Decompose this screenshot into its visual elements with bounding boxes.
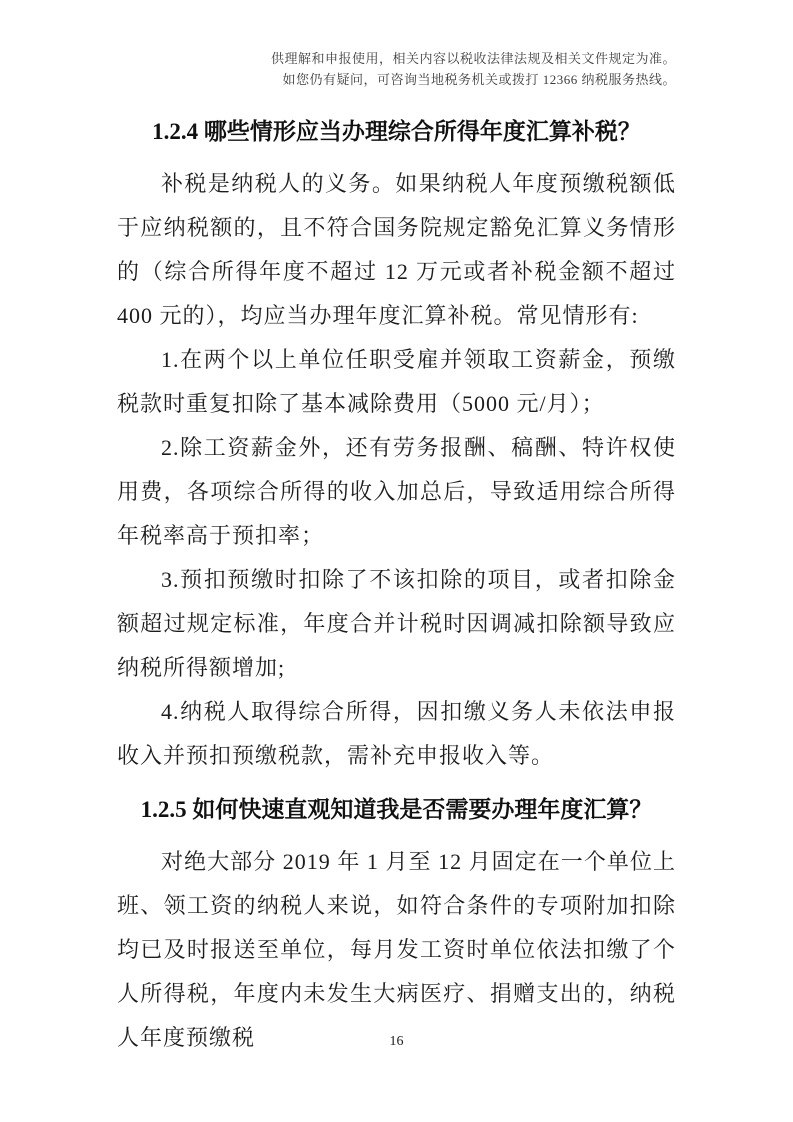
paragraph-case-3: 3.预扣预缴时扣除了不该扣除的项目，或者扣除金额超过规定标准，年度合并计税时因调… bbox=[117, 558, 676, 690]
paragraph-quick-check: 对绝大部分 2019 年 1 月至 12 月固定在一个单位上班、领工资的纳税人来… bbox=[117, 840, 676, 1060]
section-heading-1-2-5: 1.2.5 如何快速直观知道我是否需要办理年度汇算？ bbox=[117, 794, 676, 826]
paragraph-case-1: 1.在两个以上单位任职受雇并领取工资薪金，预缴税款时重复扣除了基本减除费用（50… bbox=[117, 338, 676, 426]
header-disclaimer-line-2: 如您仍有疑问，可咨询当地税务机关或拨打 12366 纳税服务热线。 bbox=[117, 69, 676, 90]
page-header-disclaimer: 供理解和申报使用，相关内容以税收法律法规及相关文件规定为准。 如您仍有疑问，可咨… bbox=[117, 48, 676, 90]
paragraph-case-4: 4.纳税人取得综合所得，因扣缴义务人未依法申报收入并预扣预缴税款，需补充申报收入… bbox=[117, 690, 676, 778]
header-disclaimer-line-1: 供理解和申报使用，相关内容以税收法律法规及相关文件规定为准。 bbox=[117, 48, 676, 69]
document-page: 供理解和申报使用，相关内容以税收法律法规及相关文件规定为准。 如您仍有疑问，可咨… bbox=[0, 0, 793, 1122]
page-number: 16 bbox=[0, 1034, 793, 1050]
paragraph-intro-supplementary-tax: 补税是纳税人的义务。如果纳税人年度预缴税额低于应纳税额的，且不符合国务院规定豁免… bbox=[117, 162, 676, 338]
paragraph-case-2: 2.除工资薪金外，还有劳务报酬、稿酬、特许权使用费，各项综合所得的收入加总后，导… bbox=[117, 426, 676, 558]
section-heading-1-2-4: 1.2.4 哪些情形应当办理综合所得年度汇算补税？ bbox=[117, 116, 676, 148]
